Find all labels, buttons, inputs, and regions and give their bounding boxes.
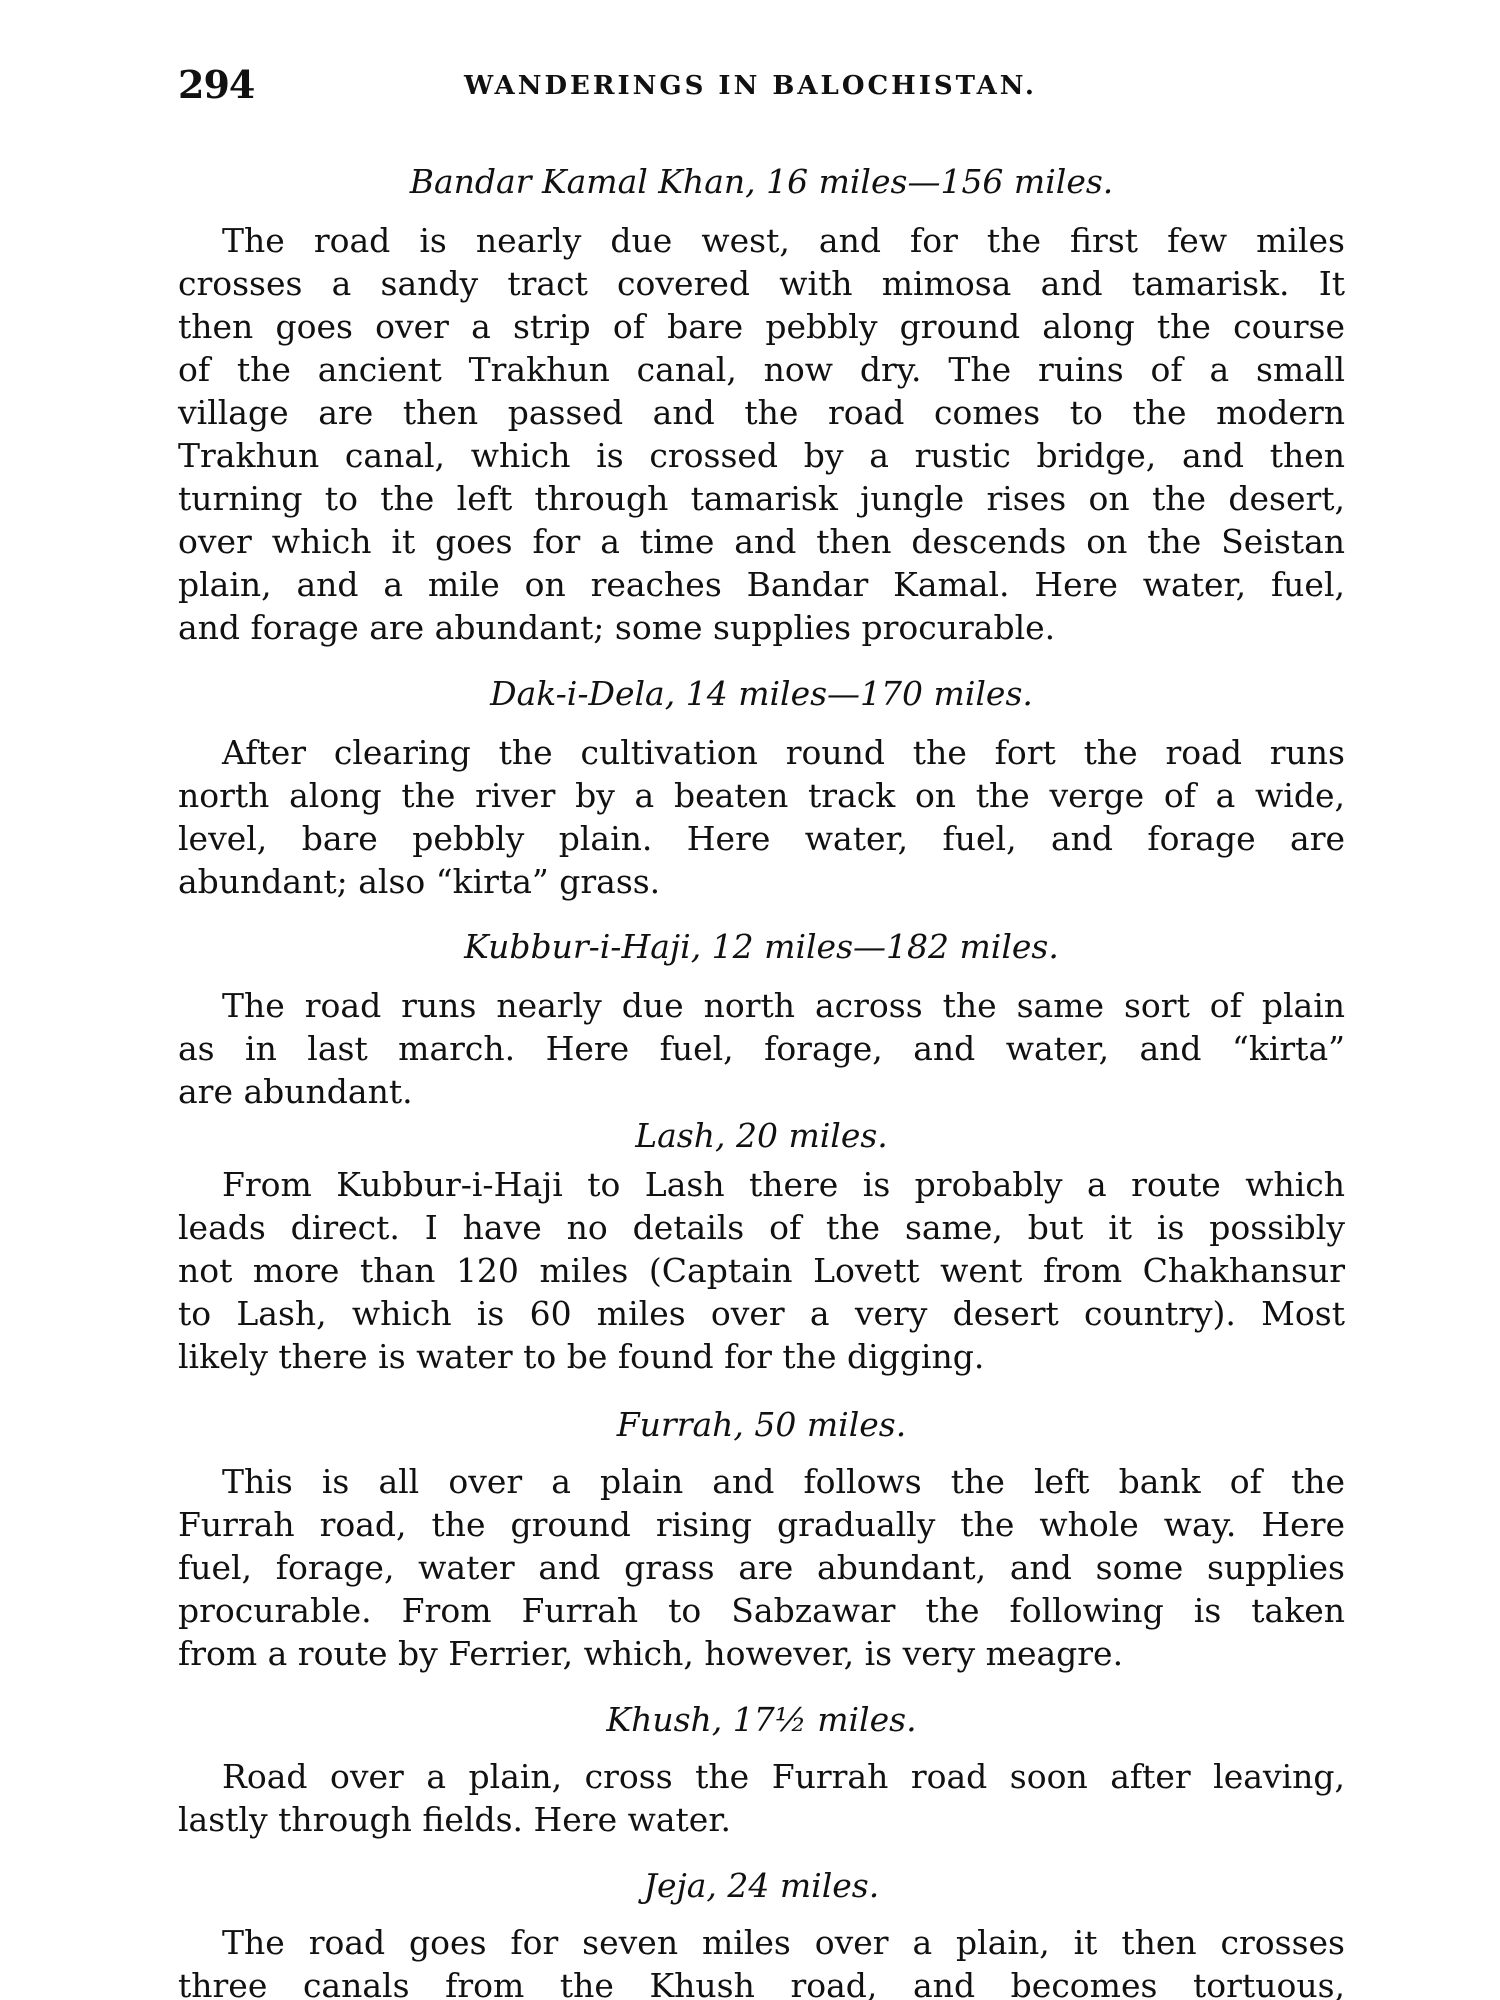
text-line: Road over a plain, cross the Furrah road… [222,1757,1345,1797]
text-line: Trakhun canal, which is crossed by a rus… [178,436,1345,476]
text-line: are abundant. [178,1072,1345,1112]
text-line: likely there is water to be found for th… [178,1337,1345,1377]
text-line: from a route by Ferrier, which, however,… [178,1634,1345,1674]
text-line: abundant; also “kirta” grass. [178,862,1345,902]
book-title: WANDERINGS IN BALOCHISTAN. [464,71,1037,101]
text-line: north along the river by a beaten track … [178,776,1345,816]
text-line: and forage are abundant; some supplies p… [178,608,1345,648]
text-line: over which it goes for a time and then d… [178,522,1345,562]
section-heading: Khush, 17½ miles. [178,1700,1345,1740]
text-line: as in last march. Here fuel, forage, and… [178,1029,1345,1069]
text-line: then goes over a strip of bare pebbly gr… [178,307,1345,347]
page-number: 294 [178,62,254,107]
text-line: to Lash, which is 60 miles over a very d… [178,1294,1345,1334]
running-header: 294 WANDERINGS IN BALOCHISTAN. [178,62,1345,106]
text-line: of the ancient Trakhun canal, now dry. T… [178,350,1345,390]
section-heading: Dak-i-Dela, 14 miles—170 miles. [178,674,1345,714]
text-line: The road goes for seven miles over a pla… [222,1923,1345,1963]
section-heading: Kubbur-i-Haji, 12 miles—182 miles. [178,927,1345,967]
section-heading: Bandar Kamal Khan, 16 miles—156 miles. [178,162,1345,202]
text-line: After clearing the cultivation round the… [222,733,1345,773]
text-line: The road runs nearly due north across th… [222,986,1345,1026]
section-heading: Furrah, 50 miles. [178,1405,1345,1445]
text-line: From Kubbur-i-Haji to Lash there is prob… [222,1165,1345,1205]
text-line: fuel, forage, water and grass are abunda… [178,1548,1345,1588]
text-line: crosses a sandy tract covered with mimos… [178,264,1345,304]
text-line: turning to the left through tamarisk jun… [178,479,1345,519]
text-line: level, bare pebbly plain. Here water, fu… [178,819,1345,859]
text-line: plain, and a mile on reaches Bandar Kama… [178,565,1345,605]
text-line: three canals from the Khush road, and be… [178,1966,1345,2000]
section-heading: Jeja, 24 miles. [178,1866,1345,1906]
text-line: The road is nearly due west, and for the… [222,221,1345,261]
text-line: lastly through fields. Here water. [178,1800,1345,1840]
section-heading: Lash, 20 miles. [178,1116,1345,1156]
text-line: not more than 120 miles (Captain Lovett … [178,1251,1345,1291]
text-line: This is all over a plain and follows the… [222,1462,1345,1502]
text-line: Furrah road, the ground rising gradually… [178,1505,1345,1545]
book-page: 294 WANDERINGS IN BALOCHISTAN. Bandar Ka… [0,0,1500,2000]
text-line: procurable. From Furrah to Sabzawar the … [178,1591,1345,1631]
text-line: leads direct. I have no details of the s… [178,1208,1345,1248]
text-line: village are then passed and the road com… [178,393,1345,433]
